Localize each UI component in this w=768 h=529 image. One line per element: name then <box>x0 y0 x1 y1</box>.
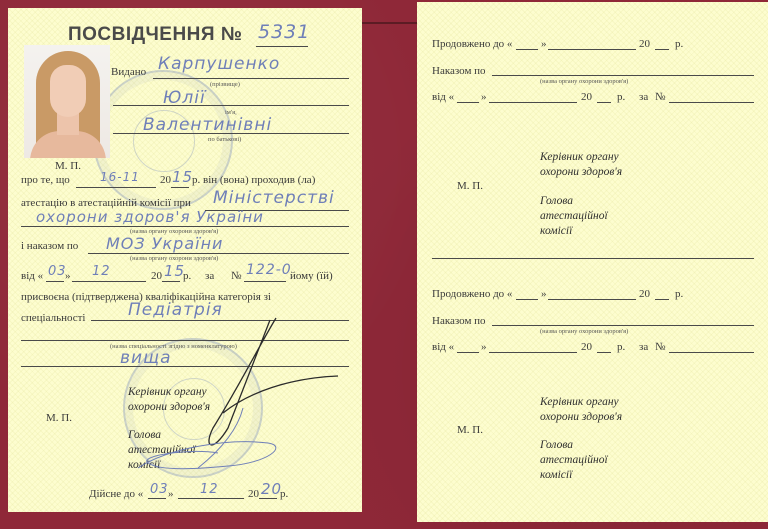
extended-day-line <box>516 49 538 50</box>
ext-from-day-line <box>457 102 479 103</box>
specialty-line <box>91 320 349 321</box>
ext-chair-label: Голова атестаційної комісії <box>540 438 608 483</box>
valid-month-value: 12 <box>200 482 219 497</box>
ext-order-line <box>492 75 754 76</box>
ext-order-caption: (назва органу охорони здоров'я) <box>540 328 628 335</box>
surname-line <box>153 78 349 79</box>
valid-suffix: р. <box>280 488 288 500</box>
extended-year-suffix: р. <box>675 38 683 50</box>
ext-mp-label: М. П. <box>457 180 483 192</box>
name-line <box>113 105 349 106</box>
head-org-label: Керівник органу охорони здоров'я <box>128 385 210 415</box>
ext-order-line <box>492 325 754 326</box>
about-label: про те, що <box>21 174 70 186</box>
about-date-line <box>76 187 156 188</box>
order-num-line <box>244 281 286 282</box>
extended-month-line <box>548 49 636 50</box>
patronymic-line <box>113 133 349 134</box>
order-caption: (назва органу охорони здоров'я) <box>130 255 218 262</box>
extended-close: » <box>541 38 547 50</box>
num-label: № <box>231 270 242 282</box>
number-underline <box>256 46 308 47</box>
valid-day-value: 03 <box>150 482 169 497</box>
patronymic-caption: по батькові) <box>208 136 241 143</box>
ext-from-year-prefix: 20 <box>581 91 592 103</box>
valid-close: » <box>168 488 174 500</box>
ext-from-year-line <box>597 102 611 103</box>
him-her-text: йому (їй) <box>290 270 333 282</box>
ext-num-line <box>669 102 754 103</box>
extended-year-prefix: 20 <box>639 288 650 300</box>
certificate-title: ПОСВІДЧЕННЯ № <box>68 24 243 46</box>
ext-from-year-line <box>597 352 611 353</box>
surname-value: Карпушенко <box>158 54 280 74</box>
ext-for-label: за <box>639 341 648 353</box>
ext-order-caption: (назва органу охорони здоров'я) <box>540 78 628 85</box>
extended-close: » <box>541 288 547 300</box>
order-line <box>88 253 349 254</box>
extended-label: Продовжено до « <box>432 38 512 50</box>
chair-label: Голова атестаційної комісії <box>128 428 196 473</box>
valid-label: Дійсне до « <box>89 488 143 500</box>
certificate-left-page: ПОСВІДЧЕННЯ № 5331 М. П. Видано Карпушен… <box>8 8 362 512</box>
order-num-value: 122-0 <box>246 262 292 278</box>
extended-day-line <box>516 299 538 300</box>
ext-from-label: від « <box>432 91 454 103</box>
valid-year-prefix: 20 <box>248 488 259 500</box>
about-year-value: 15 <box>172 168 193 186</box>
valid-day-line <box>148 498 166 499</box>
commission-line-2 <box>21 226 349 227</box>
from-close: » <box>65 270 71 282</box>
ext-num-label: № <box>655 341 666 353</box>
extended-year-suffix: р. <box>675 288 683 300</box>
commission-value-2: охорони здоров'я України <box>36 208 264 226</box>
about-year-line <box>171 187 189 188</box>
ext-from-year-suffix: р. <box>617 91 625 103</box>
order-value: МОЗ України <box>106 234 223 253</box>
valid-year-line <box>259 498 277 499</box>
ext-from-month-line <box>489 352 577 353</box>
specialty-line-2 <box>21 340 349 341</box>
from-year-prefix: 20 <box>151 270 162 282</box>
patronymic-value: Валентинівні <box>143 115 272 135</box>
ext-head-org-label: Керівник органу охорони здоров'я <box>540 150 622 180</box>
issued-label: Видано <box>111 66 146 78</box>
ext-num-line <box>669 352 754 353</box>
ext-for-label: за <box>639 91 648 103</box>
ext-num-label: № <box>655 91 666 103</box>
ext-from-label: від « <box>432 341 454 353</box>
ext-order-label: Наказом по <box>432 315 486 327</box>
about-date-value: 16-11 <box>100 170 140 184</box>
extended-month-line <box>548 299 636 300</box>
specialty-label: спеціальності <box>21 312 86 324</box>
ext-head-org-label: Керівник органу охорони здоров'я <box>540 395 622 425</box>
specialty-value: Педіатрія <box>128 300 223 320</box>
ext-from-close: » <box>481 91 487 103</box>
ext-mp-label: М. П. <box>457 424 483 436</box>
mp-sign-label: М. П. <box>46 412 72 424</box>
from-day-line <box>46 281 64 282</box>
extended-label: Продовжено до « <box>432 288 512 300</box>
ext-from-close: » <box>481 341 487 353</box>
commission-value-1: Міністерстві <box>213 188 335 208</box>
from-day-value: 03 <box>48 264 67 279</box>
valid-month-line <box>178 498 244 499</box>
portrait-photo <box>24 45 110 158</box>
ext-from-year-suffix: р. <box>617 341 625 353</box>
about-year-prefix: 20 <box>160 174 171 186</box>
from-label: від « <box>21 270 43 282</box>
from-year-value: 15 <box>164 262 185 280</box>
extended-year-prefix: 20 <box>639 38 650 50</box>
extended-year-line <box>655 299 669 300</box>
from-year-line <box>162 281 180 282</box>
ext-from-year-prefix: 20 <box>581 341 592 353</box>
from-month-line <box>72 281 146 282</box>
ext-chair-label: Голова атестаційної комісії <box>540 194 608 239</box>
surname-caption: (прізвище) <box>210 81 240 88</box>
for-label: за <box>205 270 214 282</box>
extended-year-line <box>655 49 669 50</box>
certificate-right-page: Продовжено до « » 20 р. Наказом по (назв… <box>417 2 768 522</box>
category-line <box>21 366 349 367</box>
ext-order-label: Наказом по <box>432 65 486 77</box>
ext-from-day-line <box>457 352 479 353</box>
certificate-number: 5331 <box>258 21 310 43</box>
order-label: і наказом по <box>21 240 78 252</box>
from-year-suffix: р. <box>183 270 191 282</box>
ext-from-month-line <box>489 102 577 103</box>
mp-photo-label: М. П. <box>55 160 81 172</box>
valid-year-value: 20 <box>261 480 282 498</box>
ext-separator <box>432 258 754 259</box>
from-month-value: 12 <box>92 264 111 279</box>
category-value: вища <box>120 348 172 368</box>
passed-text: р. він (вона) проходив (ла) <box>192 174 315 186</box>
spine-crease <box>362 22 417 24</box>
